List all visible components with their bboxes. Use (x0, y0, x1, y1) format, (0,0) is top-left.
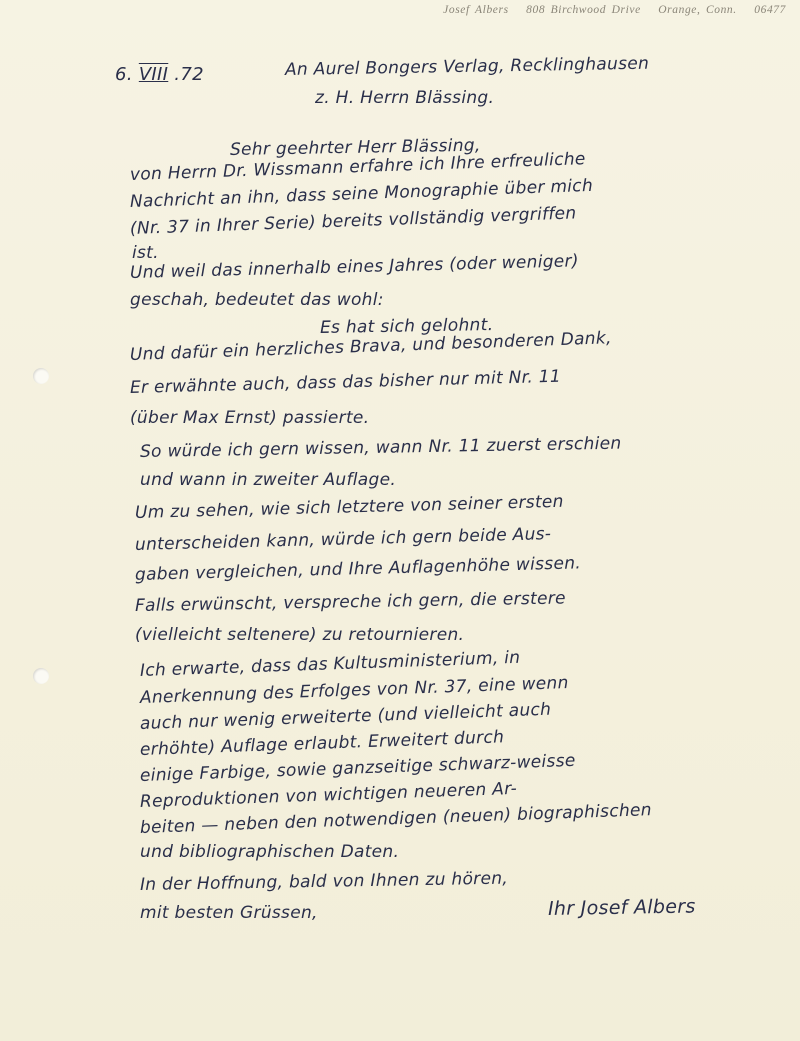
body-line: und bibliographischen Daten. (140, 842, 399, 862)
closing-line: In der Hoffnung, bald von Ihnen zu hören… (140, 869, 508, 895)
punch-hole-icon (33, 668, 49, 684)
body-line: Er erwähnte auch, dass das bisher nur mi… (130, 367, 562, 398)
letterhead-name: Josef Albers (443, 4, 509, 16)
body-line: (vielleicht seltenere) zu retournieren. (135, 625, 464, 645)
body-line: gaben vergleichen, und Ihre Auflagenhöhe… (135, 553, 582, 585)
recipient-line: z. H. Herrn Blässing. (315, 88, 494, 108)
date-month: VIII (139, 64, 168, 85)
body-line: Und weil das innerhalb eines Jahres (ode… (130, 251, 579, 283)
recipient-line: An Aurel Bongers Verlag, Recklinghausen (285, 54, 649, 80)
date-day: 6. (115, 64, 133, 85)
date-year: .72 (174, 64, 204, 85)
closing-line: mit besten Grüssen, (140, 903, 318, 923)
body-line: (über Max Ernst) passierte. (130, 408, 369, 428)
letterhead-zip: 06477 (754, 4, 786, 16)
letter-paper: Josef Albers 808 Birchwood Drive Orange,… (0, 0, 800, 1041)
body-line: Falls erwünscht, verspreche ich gern, di… (135, 588, 566, 616)
letter-date: 6. VIII .72 (115, 64, 204, 85)
punch-hole-icon (33, 368, 49, 384)
body-line: So würde ich gern wissen, wann Nr. 11 zu… (140, 434, 622, 462)
signature: Ihr Josef Albers (548, 895, 696, 920)
body-line: ist. (132, 243, 159, 263)
letterhead-city: Orange, Conn. (658, 4, 736, 16)
body-line: Um zu sehen, wie sich letztere von seine… (135, 492, 564, 523)
body-line: und wann in zweiter Auflage. (140, 470, 396, 490)
body-line: unterscheiden kann, würde ich gern beide… (135, 524, 552, 555)
letterhead: Josef Albers 808 Birchwood Drive Orange,… (431, 4, 786, 16)
letterhead-street: 808 Birchwood Drive (526, 4, 641, 16)
body-line: geschah, bedeutet das wohl: (130, 290, 384, 310)
